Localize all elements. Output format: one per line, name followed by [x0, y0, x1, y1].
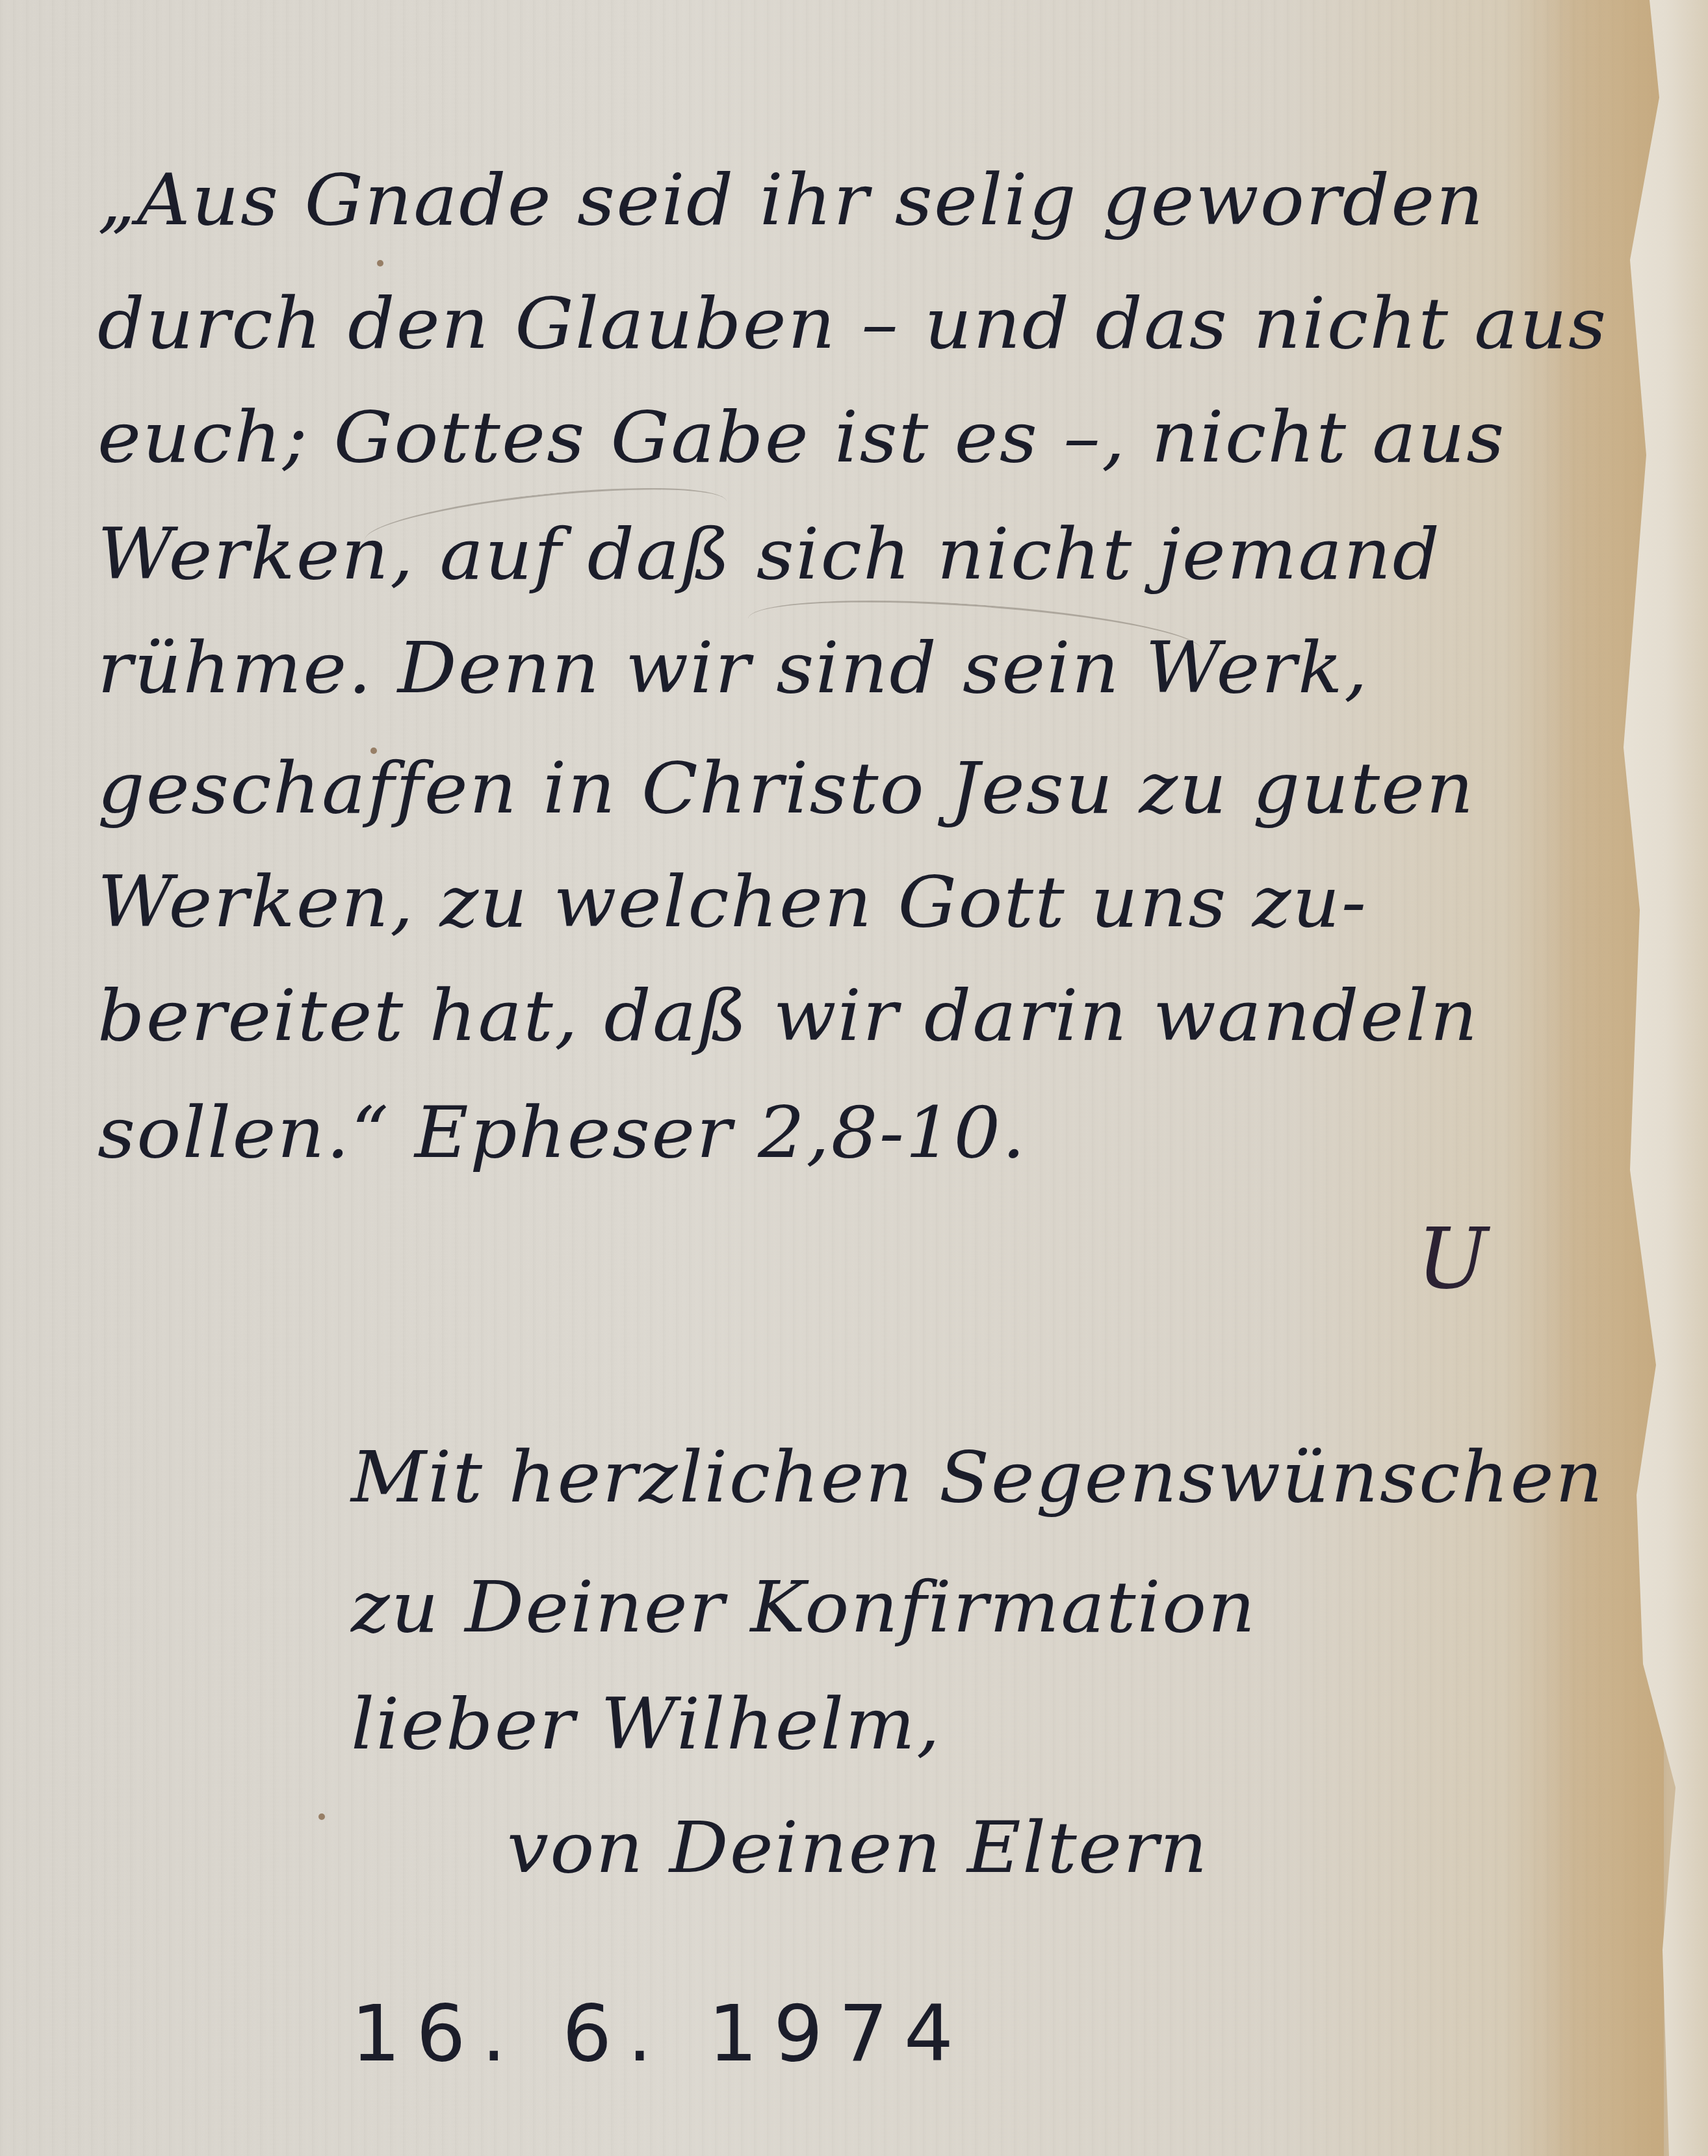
verse-line: geschaffen in Christo Jesu zu guten: [97, 754, 1475, 824]
dedication-line: Mit herzlichen Segenswünschen: [351, 1443, 1604, 1513]
ink-spot: [377, 260, 383, 266]
verse-line: „Aus Gnade seid ihr selig geworden: [97, 166, 1485, 236]
signature-initial: U: [1417, 1209, 1488, 1308]
dedication-line: von Deinen Eltern: [507, 1813, 1209, 1884]
verse-reference-line: sollen.“ Epheser 2,8-10.: [97, 1098, 1027, 1169]
date: 16. 6. 1974: [351, 1989, 969, 2079]
ink-spot: [318, 1813, 325, 1820]
verse-line: Werken, zu welchen Gott uns zu-: [97, 868, 1367, 938]
verse-line: euch; Gottes Gabe ist es –, nicht aus: [97, 403, 1505, 473]
verse-line: durch den Glauben – und das nicht aus: [97, 289, 1607, 359]
dedication-line: lieber Wilhelm,: [351, 1690, 941, 1760]
verse-line: Werken, auf daß sich nicht jemand: [97, 520, 1441, 590]
verse-line: bereitet hat, daß wir darin wandeln: [97, 981, 1479, 1052]
dedication-line: zu Deiner Konfirmation: [351, 1573, 1256, 1643]
verse-line: rühme. Denn wir sind sein Werk,: [97, 634, 1369, 704]
